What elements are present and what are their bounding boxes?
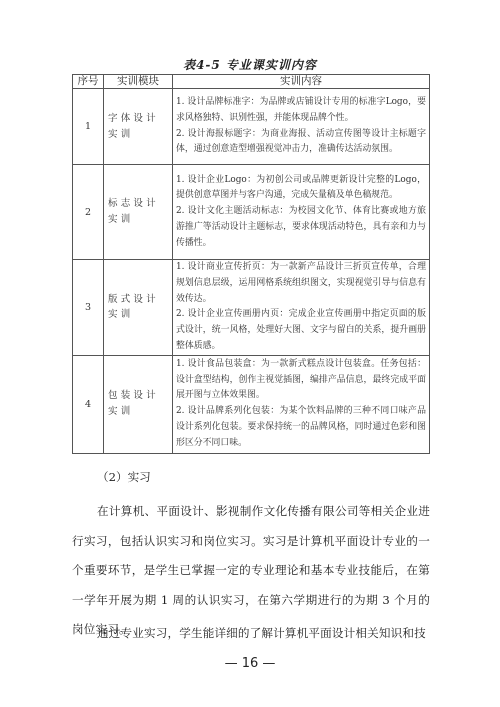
- content-item: 1. 设计食品包装盒：为一款新式糕点设计包装盒。任务包括：设计盒型结构，创作主视…: [176, 357, 426, 404]
- row-content: 1. 设计企业Logo：为初创公司或品牌更新设计完整的Logo，提供创意草图并与…: [173, 165, 430, 260]
- body-paragraph: 通过专业实习，学生能详细的了解计算机平面设计相关知识和技: [72, 619, 430, 649]
- row-number: 4: [73, 355, 104, 453]
- content-item: 1. 设计商业宣传折页：为一款新产品设计三折页宣传单，合理规划信息层级，运用网格…: [176, 260, 426, 307]
- row-module: 包装设计实训: [104, 355, 173, 453]
- row-module: 版式设计实训: [104, 260, 173, 356]
- row-module: 字体设计实训: [104, 89, 173, 165]
- content-item: 2. 设计企业宣传画册内页：完成企业宣传画册中指定页面的版式设计，统一风格，处理…: [176, 307, 426, 354]
- content-item: 2. 设计品牌系列化包装：为某个饮料品牌的三种不同口味产品设计系列化包装。要求保…: [176, 404, 426, 451]
- header-module: 实训模块: [104, 75, 173, 89]
- header-no: 序号: [73, 75, 104, 89]
- row-number: 1: [73, 89, 104, 165]
- paragraph-text: 通过专业实习，学生能详细的了解计算机平面设计相关知识和技: [72, 619, 430, 649]
- table-row: 2 标志设计实训 1. 设计企业Logo：为初创公司或品牌更新设计完整的Logo…: [73, 165, 430, 260]
- header-content: 实训内容: [173, 75, 430, 89]
- section-subheading: （2）实习: [97, 469, 151, 485]
- training-content-table: 序号 实训模块 实训内容 1 字体设计实训 1. 设计品牌标准字：为品牌或店铺设…: [72, 74, 430, 454]
- content-item: 1. 设计品牌标准字：为品牌或店铺设计专用的标准字Logo，要求风格独特、识别性…: [176, 95, 426, 127]
- row-number: 2: [73, 165, 104, 260]
- row-content: 1. 设计商业宣传折页：为一款新产品设计三折页宣传单，合理规划信息层级，运用网格…: [173, 260, 430, 356]
- table-row: 4 包装设计实训 1. 设计食品包装盒：为一款新式糕点设计包装盒。任务包括：设计…: [73, 355, 430, 453]
- content-item: 2. 设计文化主题活动标志：为校园文化节、体育比赛或地方旅游推广等活动设计主题标…: [176, 204, 426, 251]
- table-row: 3 版式设计实训 1. 设计商业宣传折页：为一款新产品设计三折页宣传单，合理规划…: [73, 260, 430, 356]
- content-item: 2. 设计海报标题字：为商业海报、活动宣传图等设计主标题字体，通过创意造型增强视…: [176, 127, 426, 159]
- row-content: 1. 设计品牌标准字：为品牌或店铺设计专用的标准字Logo，要求风格独特、识别性…: [173, 89, 430, 165]
- table-row: 1 字体设计实训 1. 设计品牌标准字：为品牌或店铺设计专用的标准字Logo，要…: [73, 89, 430, 165]
- row-module: 标志设计实训: [104, 165, 173, 260]
- page-number: — 16 —: [0, 656, 500, 671]
- table-caption: 表4-5 专业课实训内容: [0, 56, 500, 73]
- content-item: 1. 设计企业Logo：为初创公司或品牌更新设计完整的Logo，提供创意草图并与…: [176, 173, 426, 205]
- table-header-row: 序号 实训模块 实训内容: [73, 75, 430, 89]
- row-content: 1. 设计食品包装盒：为一款新式糕点设计包装盒。任务包括：设计盒型结构，创作主视…: [173, 355, 430, 453]
- row-number: 3: [73, 260, 104, 356]
